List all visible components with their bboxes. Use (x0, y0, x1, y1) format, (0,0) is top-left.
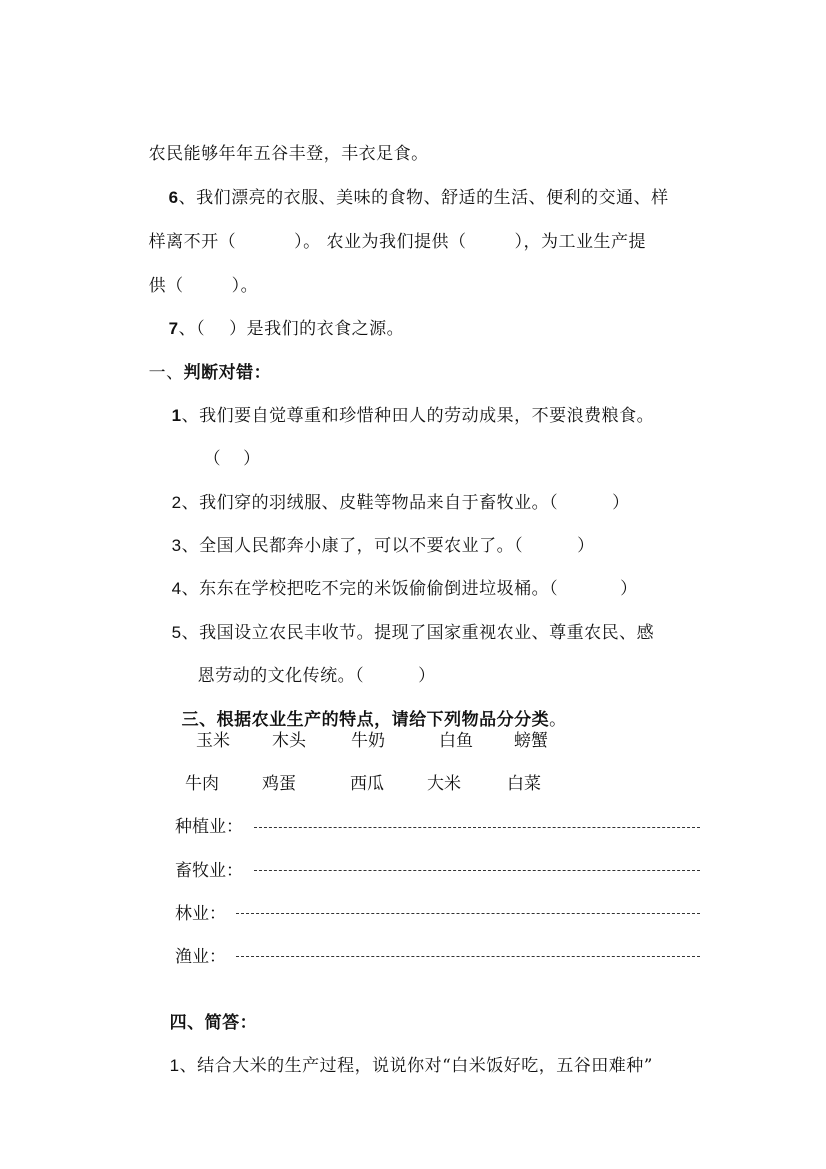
paren-close: ） (612, 493, 630, 513)
paren-open: （ (355, 666, 364, 686)
item-word: 牛肉 (185, 773, 219, 795)
category-label-livestock: 畜牧业： (175, 860, 243, 882)
question-number: 7 (169, 319, 179, 338)
item-word: 螃蟹 (514, 730, 548, 752)
paren-open: （ (549, 493, 558, 513)
answer-line-planting[interactable] (254, 827, 700, 828)
section-title: 四、简答： (170, 1013, 258, 1033)
item-word: 白菜 (507, 773, 541, 795)
answer-line-livestock[interactable] (254, 870, 700, 871)
paren-close: ） (418, 666, 436, 686)
category-label-planting: 种植业： (175, 816, 243, 838)
paren-open: （ (204, 449, 222, 469)
question-number: 6 (169, 188, 179, 207)
category-label-fishery: 渔业： (175, 946, 226, 968)
paren-open: （ (514, 536, 523, 556)
category-label-forestry: 林业： (175, 903, 226, 925)
item-text: 恩劳动的文化传统。 (198, 666, 356, 686)
question-text: 样离不开（ (149, 232, 237, 252)
question-text: ）。 农业为我们提供（ (294, 232, 466, 252)
item-text: 、全国人民都奔小康了，可以不要农业了。 (182, 536, 515, 556)
section-prefix: 一、 (149, 363, 184, 383)
continuation-text: 农民能够年年五谷丰登，丰衣足食。 (149, 144, 429, 164)
item-word: 牛奶 (351, 730, 385, 752)
item-number: 1 (172, 406, 182, 425)
paren-close: ） (620, 579, 638, 599)
question-text: ）。 (232, 276, 259, 296)
item-word: 西瓜 (350, 773, 384, 795)
paren-open: （ (549, 579, 558, 599)
item-number: 1 (170, 1056, 180, 1075)
item-word: 白鱼 (439, 730, 473, 752)
section-title: 判断对错： (184, 363, 272, 383)
item-text: 、我们穿的羽绒服、皮鞋等物品来自于畜牧业。 (182, 493, 550, 513)
item-number: 3 (172, 536, 182, 555)
item-number: 4 (172, 579, 182, 598)
question-text: 供（ (149, 276, 184, 296)
item-word: 木头 (272, 730, 306, 752)
item-number: 2 (172, 493, 182, 512)
question-text: ）是我们的衣食之源。 (229, 319, 404, 339)
section-title: 三、根据农业生产的特点，请给下列物品分分类 (182, 710, 550, 730)
item-text: 、结合大米的生产过程，说说你对“白米饭好吃，五谷田难种” (180, 1056, 653, 1076)
item-text: 、我们要自觉尊重和珍惜种田人的劳动成果，不要浪费粮食。 (182, 406, 655, 426)
document-page: 农民能够年年五谷丰登，丰衣足食。 6、我们漂亮的衣服、美味的食物、舒适的生活、便… (0, 0, 826, 1169)
paren-close: ） (243, 449, 261, 469)
short-answer-item-1: 1、结合大米的生产过程，说说你对“白米饭好吃，五谷田难种” (146, 1033, 653, 1099)
item-text: 、我国设立农民丰收节。提现了国家重视农业、尊重农民、感 (182, 623, 655, 643)
answer-line-forestry[interactable] (236, 913, 700, 914)
item-word: 鸡蛋 (262, 773, 296, 795)
item-text: 、东东在学校把吃不完的米饭偷偷倒进垃圾桶。 (182, 579, 550, 599)
question-text: 我们漂亮的衣服、美味的食物、舒适的生活、便利的交通、样 (196, 188, 669, 208)
item-number: 5 (172, 623, 182, 642)
answer-line-fishery[interactable] (236, 956, 700, 957)
question-text: ），为工业生产提 (515, 232, 647, 252)
item-word: 玉米 (196, 730, 230, 752)
paren-close: ） (577, 536, 595, 556)
section-title-end: 。 (549, 710, 567, 730)
item-word: 大米 (427, 773, 461, 795)
question-text: （ (196, 319, 205, 339)
